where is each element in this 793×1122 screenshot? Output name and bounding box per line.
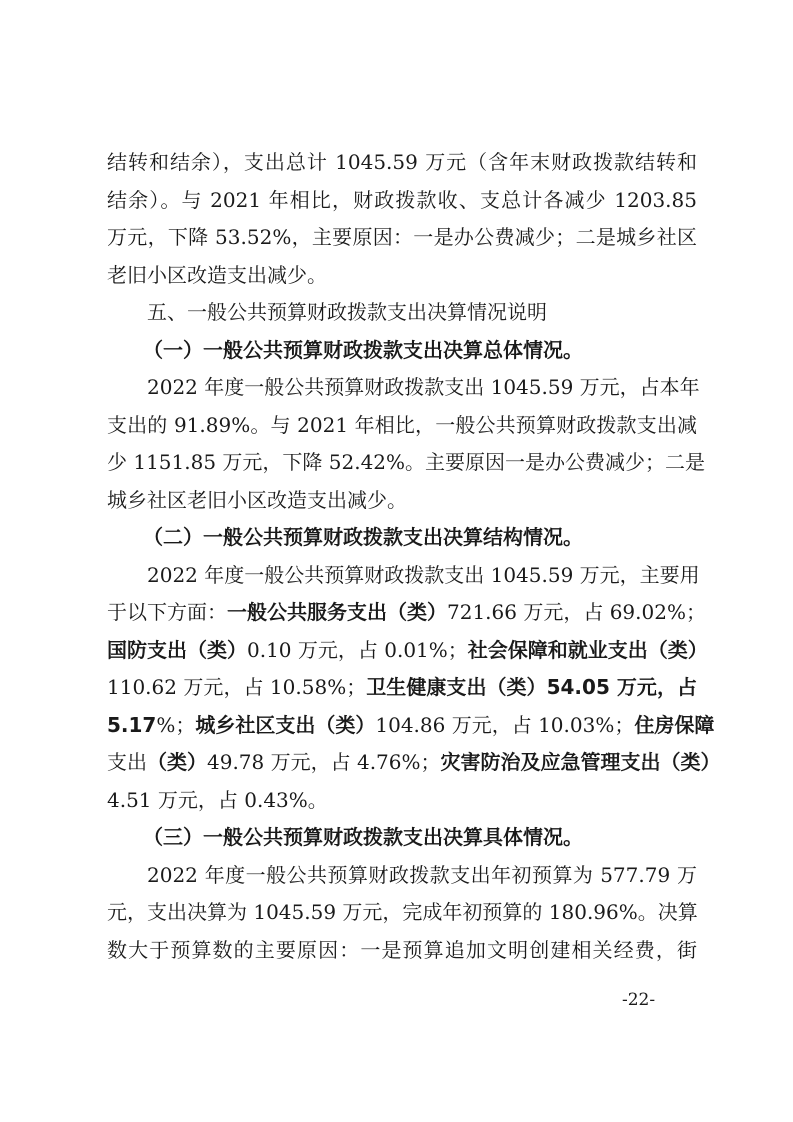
subsection-heading: （一）一般公共预算财政拨款支出决算总体情况。 [107, 332, 697, 370]
text-run: 721.66 万元，占 69.02%； [447, 600, 706, 624]
text-run: 104.86 万元，占 10.03%； [375, 713, 634, 737]
category-label: 城乡社区支出（类） [195, 713, 375, 737]
paragraph-line: 城乡社区老旧小区改造支出减少。 [107, 482, 697, 520]
subsection-heading: （三）一般公共预算财政拨款支出决算具体情况。 [107, 819, 697, 857]
paragraph-line: 支出（类）49.78 万元，占 4.76%；灾害防治及应急管理支出（类） [107, 744, 697, 782]
text-run: 于以下方面： [107, 600, 227, 624]
document-page: 结转和结余），支出总计 1045.59 万元（含年末财政拨款结转和 结余）。与 … [107, 144, 697, 969]
paragraph-line: 元，支出决算为 1045.59 万元，完成年初预算的 180.96%。决算 [107, 894, 697, 932]
paragraph-line: 老旧小区改造支出减少。 [107, 257, 697, 295]
category-label: 一般公共服务支出（类） [227, 600, 447, 624]
category-label: 住房保障 [634, 713, 714, 737]
text-run: %； [156, 713, 195, 737]
paragraph-line: 数大于预算数的主要原因：一是预算追加文明创建相关经费，街 [107, 932, 697, 970]
text-run: 49.78 万元，占 4.76%； [207, 750, 441, 774]
category-label: 国防支出（类） [107, 638, 247, 662]
paragraph-line: 结余）。与 2021 年相比，财政拨款收、支总计各减少 1203.85 [107, 182, 697, 220]
page-number: -22- [622, 990, 655, 1010]
paragraph-line: 5.17%；城乡社区支出（类）104.86 万元，占 10.03%；住房保障 [107, 707, 697, 745]
category-label: 卫生健康支出（类）54.05 万元，占 [366, 675, 697, 699]
paragraph-line: 110.62 万元，占 10.58%；卫生健康支出（类）54.05 万元，占 [107, 669, 697, 707]
paragraph-line: 2022 年度一般公共预算财政拨款支出年初预算为 577.79 万 [107, 857, 697, 895]
paragraph-line: 2022 年度一般公共预算财政拨款支出 1045.59 万元，主要用 [107, 557, 697, 595]
paragraph-line: 少 1151.85 万元，下降 52.42%。主要原因一是办公费减少；二是 [107, 444, 697, 482]
paragraph-line: 结转和结余），支出总计 1045.59 万元（含年末财政拨款结转和 [107, 144, 697, 182]
text-run: 支出 [107, 750, 147, 774]
paragraph-line: 国防支出（类）0.10 万元，占 0.01%；社会保障和就业支出（类） [107, 632, 697, 670]
paragraph-line: 万元，下降 53.52%，主要原因：一是办公费减少；二是城乡社区 [107, 219, 697, 257]
text-run: 0.10 万元，占 0.01%； [247, 638, 468, 662]
paragraph-line: 4.51 万元，占 0.43%。 [107, 782, 697, 820]
value-bold: 5.17 [107, 713, 156, 737]
category-label: （类） [147, 750, 207, 774]
subsection-heading: （二）一般公共预算财政拨款支出决算结构情况。 [107, 519, 697, 557]
paragraph-line: 支出的 91.89%。与 2021 年相比，一般公共预算财政拨款支出减 [107, 407, 697, 445]
paragraph-line: 于以下方面：一般公共服务支出（类）721.66 万元，占 69.02%； [107, 594, 697, 632]
category-label: 灾害防治及应急管理支出（类） [441, 750, 721, 774]
section-heading: 五、一般公共预算财政拨款支出决算情况说明 [107, 294, 697, 332]
category-label: 社会保障和就业支出（类） [468, 638, 708, 662]
text-run: 110.62 万元，占 10.58%； [107, 675, 366, 699]
paragraph-line: 2022 年度一般公共预算财政拨款支出 1045.59 万元，占本年 [107, 369, 697, 407]
